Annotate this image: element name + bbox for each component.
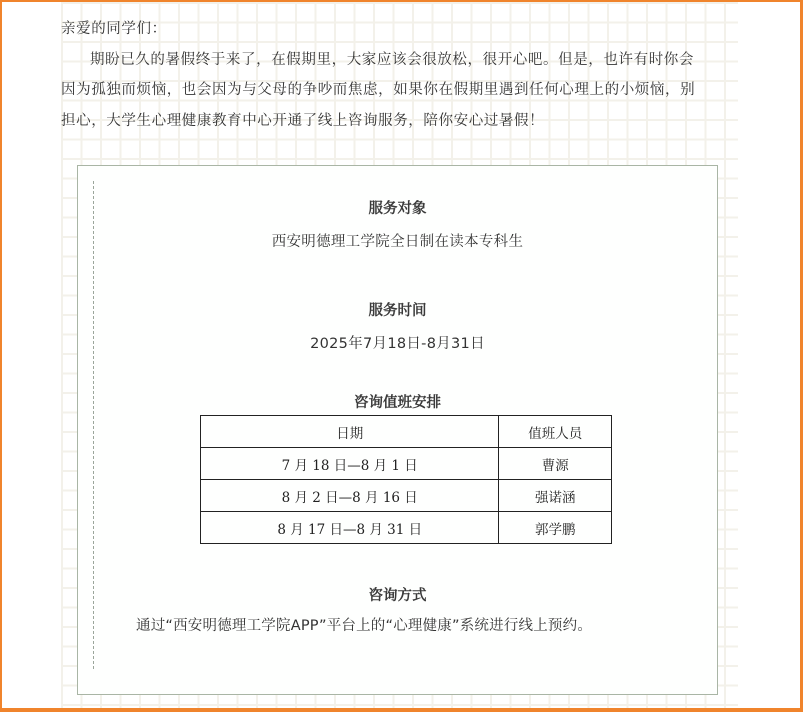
intro-paragraph: 期盼已久的暑假终于来了，在假期里，大家应该会很放松，很开心吧。但是，也许有时你会	[61, 45, 741, 76]
intro-section: 亲爱的同学们： 期盼已久的暑假终于来了，在假期里，大家应该会很放松，很开心吧。但…	[61, 14, 741, 136]
intro-line-3: 担心，大学生心理健康教育中心开通了线上咨询服务，陪你安心过暑假！	[61, 106, 741, 137]
intro-line-1: 期盼已久的暑假终于来了，在假期里，大家应该会很放松，很开心吧。但是，也许有时你会	[90, 52, 694, 68]
table-row: 7 月 18 日—8 月 1 日 曹源	[201, 448, 612, 480]
cell-date: 7 月 18 日—8 月 1 日	[201, 448, 499, 480]
schedule-title: 咨询值班安排	[78, 391, 717, 412]
service-time-text: 2025年7月18日-8月31日	[78, 332, 717, 353]
table-header-row: 日期 值班人员	[201, 416, 612, 448]
service-target-title: 服务对象	[78, 197, 717, 218]
table-row: 8 月 2 日—8 月 16 日 强诺涵	[201, 480, 612, 512]
service-info-card: 服务对象 西安明德理工学院全日制在读本专科生 服务时间 2025年7月18日-8…	[77, 165, 718, 695]
schedule-section-title-wrap: 咨询值班安排	[78, 391, 717, 412]
header-staff: 值班人员	[499, 416, 612, 448]
cell-staff: 郭学鹏	[499, 512, 612, 544]
table-row: 8 月 17 日—8 月 31 日 郭学鹏	[201, 512, 612, 544]
consult-method-section: 咨询方式	[78, 584, 717, 605]
service-target-text: 西安明德理工学院全日制在读本专科生	[78, 230, 717, 251]
cell-date: 8 月 2 日—8 月 16 日	[201, 480, 499, 512]
greeting: 亲爱的同学们：	[61, 14, 741, 45]
intro-line-2: 因为孤独而烦恼，也会因为与父母的争吵而焦虑，如果你在假期里遇到任何心理上的小烦恼…	[61, 75, 741, 106]
service-target-section: 服务对象 西安明德理工学院全日制在读本专科生	[78, 197, 717, 251]
header-date: 日期	[201, 416, 499, 448]
cell-staff: 曹源	[499, 448, 612, 480]
consult-method-text: 通过“西安明德理工学院APP”平台上的“心理健康”系统进行线上预约。	[136, 614, 592, 635]
consult-method-title: 咨询方式	[78, 584, 717, 605]
cell-staff: 强诺涵	[499, 480, 612, 512]
service-time-section: 服务时间 2025年7月18日-8月31日	[78, 299, 717, 353]
cell-date: 8 月 17 日—8 月 31 日	[201, 512, 499, 544]
duty-schedule-table: 日期 值班人员 7 月 18 日—8 月 1 日 曹源 8 月 2 日—8 月 …	[200, 415, 612, 544]
service-time-title: 服务时间	[78, 299, 717, 320]
